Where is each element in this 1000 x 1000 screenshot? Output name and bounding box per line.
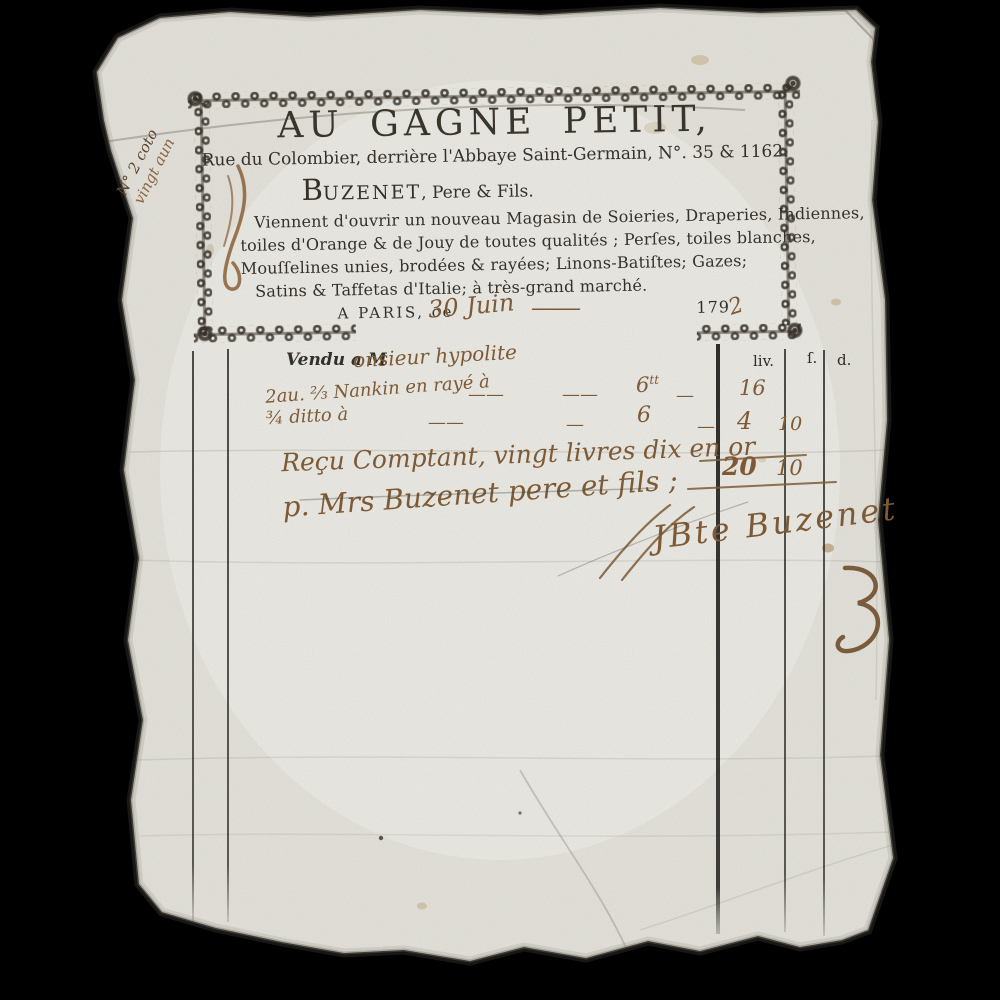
row1-price-unit: tt [649, 373, 659, 387]
column-header-deniers: d. [837, 351, 851, 369]
firm-name-line: BUZENET, Pere & Fils. [301, 169, 534, 207]
row2-description: ¾ ditto à [266, 404, 349, 429]
row1-price-value: 6 [636, 373, 649, 397]
column-header-livres: liv. [753, 352, 774, 370]
frame-border-bottom-left [194, 324, 356, 343]
row1-dash-c: — [676, 385, 694, 406]
firm-name: UZENET [323, 181, 422, 205]
firm-initial: B [301, 173, 323, 207]
row2-sous: 10 [778, 413, 802, 435]
frame-rosette-bottom-right-icon [786, 321, 804, 339]
firm-suffix: , Pere & Fils. [421, 181, 534, 203]
row2-livres: 4 [737, 407, 752, 435]
row1-dash-a: —— [468, 384, 504, 405]
total-sous: 10 [776, 456, 803, 480]
account-rule-left-2 [227, 349, 229, 922]
row2-price: 6 [637, 403, 651, 428]
dateline-printed-year: 179 [696, 297, 730, 317]
row2-dash-a: —— [428, 412, 464, 433]
row1-dash-b: —— [562, 384, 598, 405]
announcement-line-3: Mouſſelines unies, brodées & rayées; Lin… [241, 251, 748, 278]
row2-dash-b: — [566, 414, 584, 435]
column-header-sous: ſ. [807, 349, 817, 367]
shop-title: AU GAGNE PETIT, [188, 97, 801, 148]
account-rule-sous [784, 349, 786, 932]
total-livres: 20 [722, 452, 757, 481]
account-rule-deniers [823, 350, 825, 936]
photograph-background: N° 2 coto vingt aun AU GAGNE PETIT, Rue … [0, 0, 1000, 1000]
dateline-dash: — [530, 296, 583, 321]
row1-price: 6tt [636, 373, 659, 397]
row1-livres: 16 [739, 376, 766, 400]
account-rule-left-1 [192, 351, 194, 921]
